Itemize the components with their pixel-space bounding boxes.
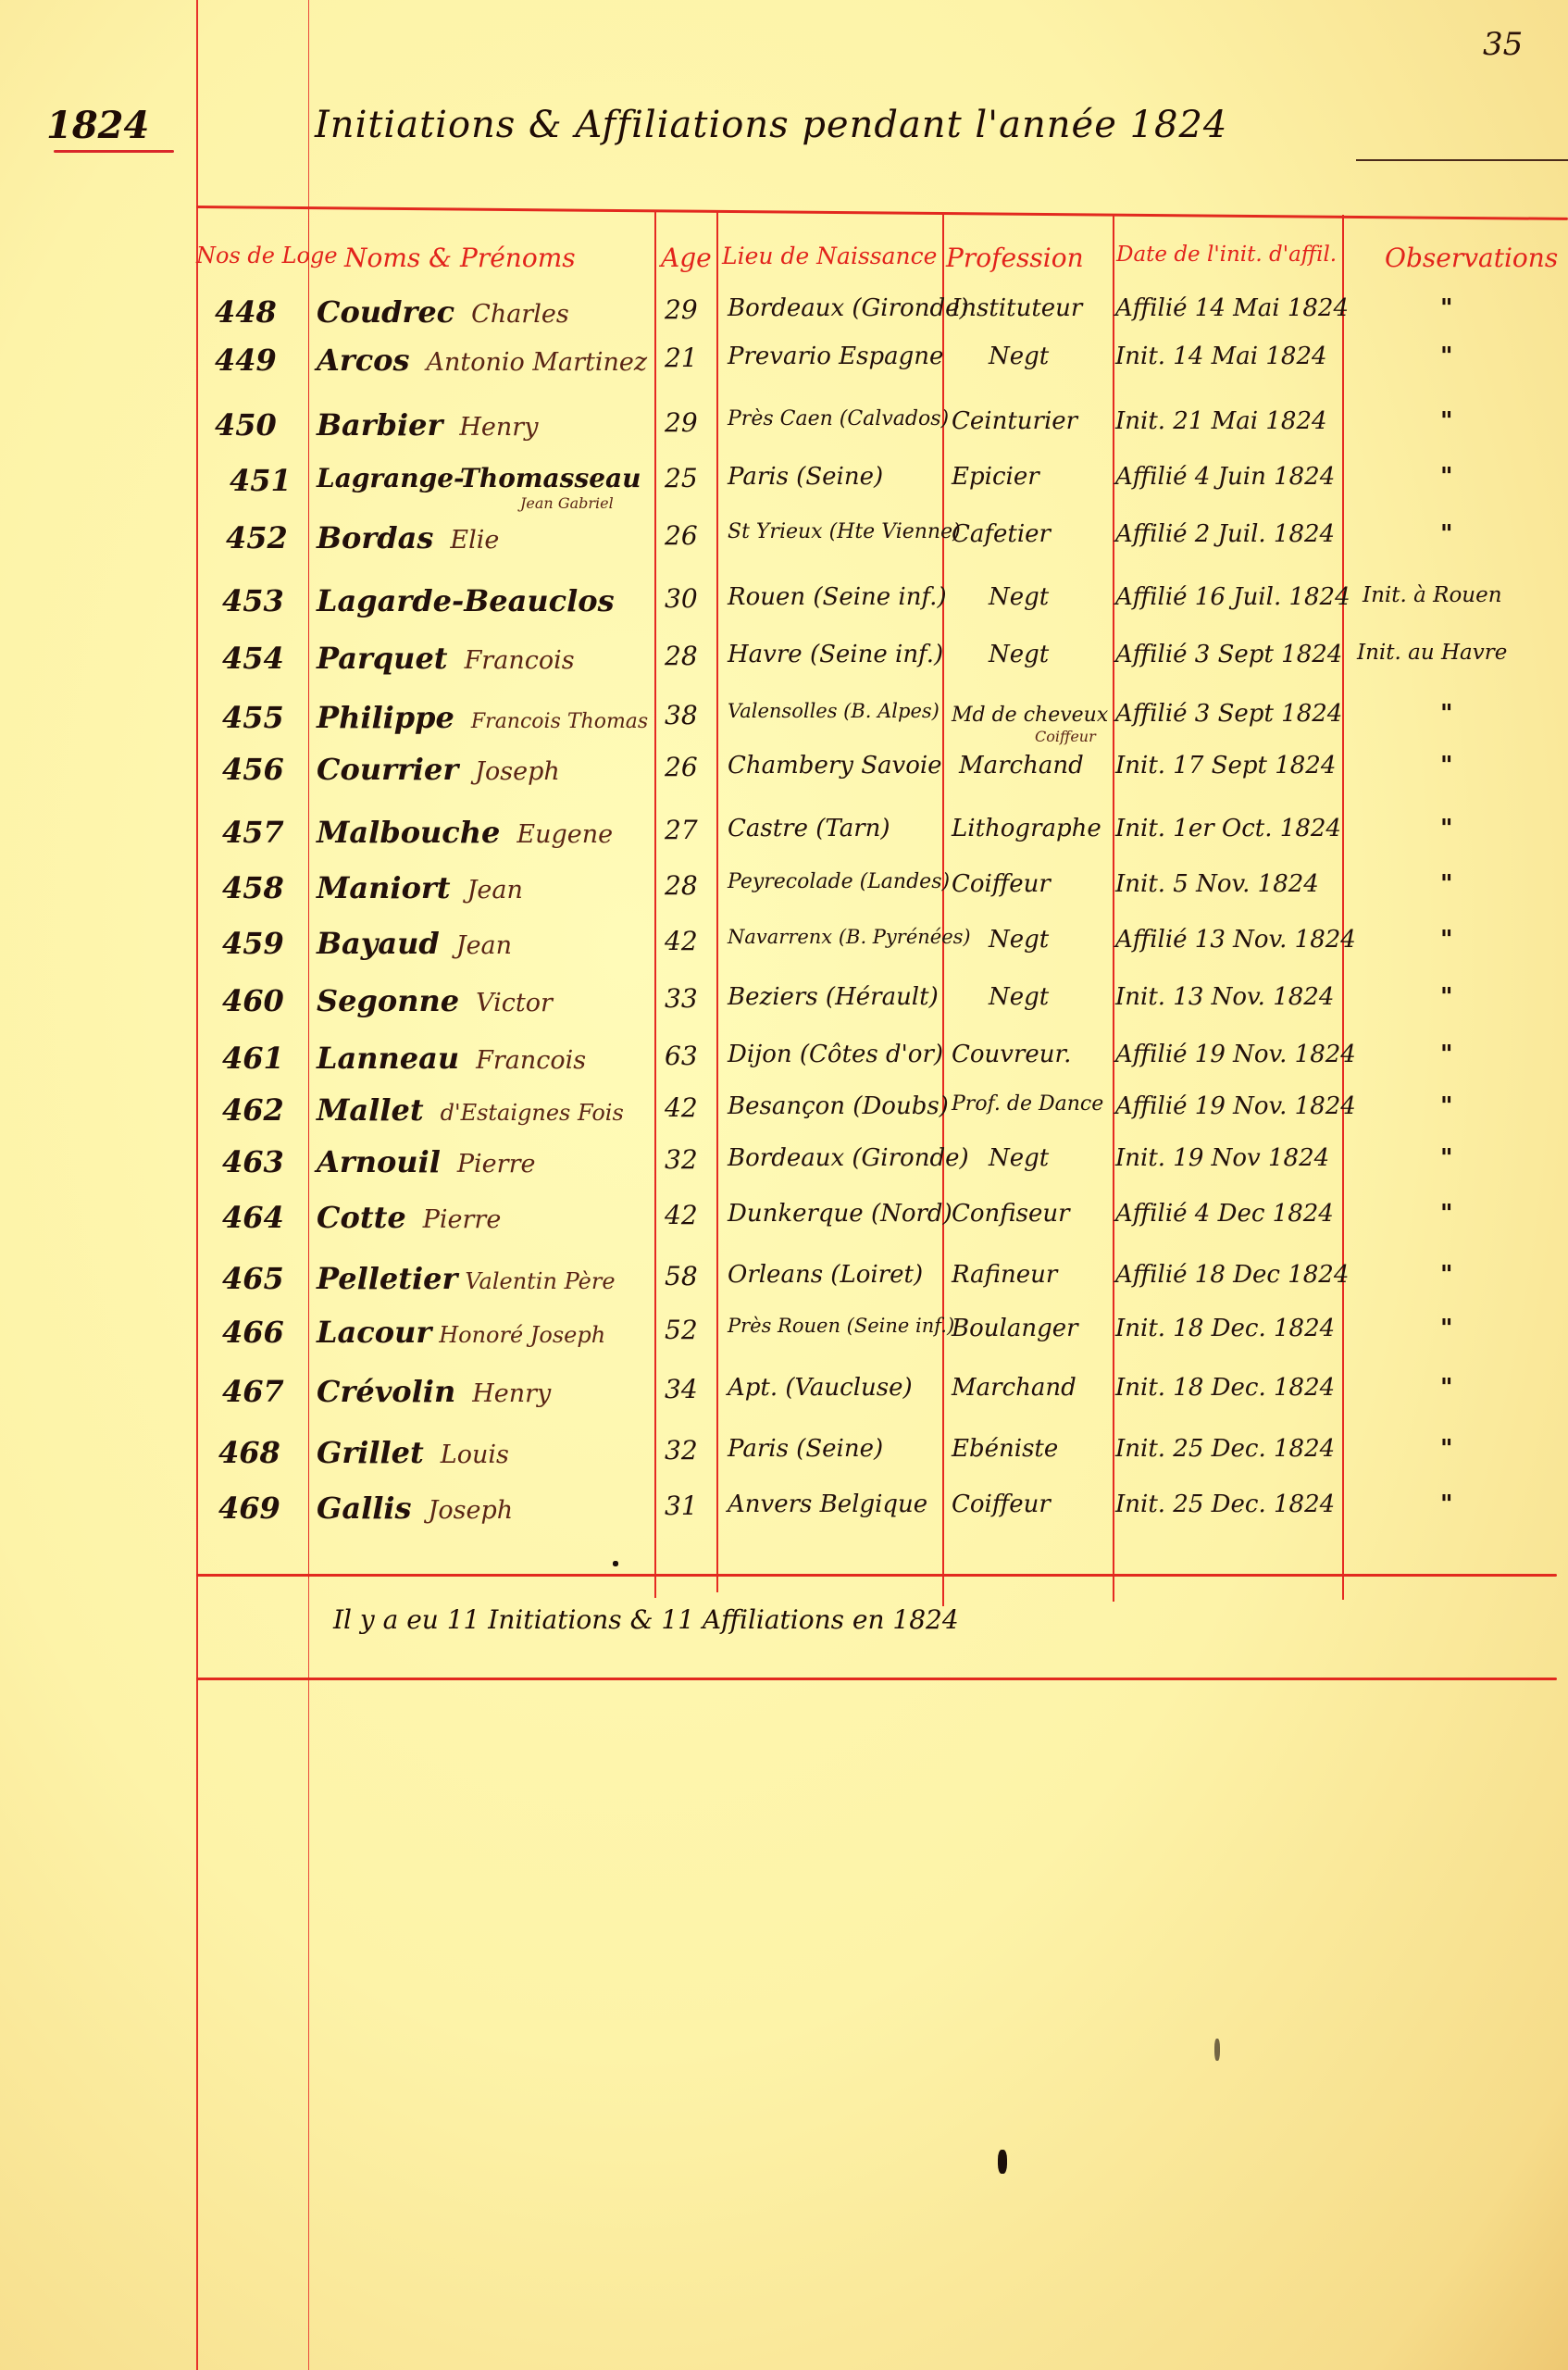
age: 21	[665, 343, 698, 373]
date: Affilié 19 Nov. 1824	[1115, 1041, 1356, 1068]
given-name: Pierre	[457, 1150, 536, 1179]
observation: "	[1440, 1435, 1453, 1463]
given-name: Francois	[465, 646, 575, 675]
table-row: 450 BarbierHenry 29 Près Caen (Calvados)…	[0, 407, 1568, 463]
member-name: LanneauFrancois	[317, 1041, 586, 1076]
header-profession: Profession	[946, 243, 1084, 273]
profession: Negt	[989, 926, 1049, 954]
surname: Mallet	[317, 1092, 424, 1128]
age: 42	[665, 1200, 698, 1230]
profession: Coiffeur	[952, 870, 1051, 898]
date: Init. 18 Dec. 1824	[1115, 1374, 1335, 1402]
profession: Couvreur.	[952, 1041, 1071, 1068]
member-name: ArcosAntonio Martinez	[317, 343, 647, 378]
lodge-number: 460	[222, 983, 284, 1018]
profession: Negt	[989, 641, 1049, 668]
table-row: 459 BayaudJean 42 Navarrenx (B. Pyrénées…	[0, 926, 1568, 981]
birthplace: Navarrenx (B. Pyrénées)	[728, 926, 971, 948]
surname: Lagrange-Thomasseau	[317, 463, 641, 493]
observation: "	[1440, 1491, 1453, 1518]
surname: Barbier	[317, 407, 442, 443]
given-name: Eugene	[516, 820, 613, 849]
table-row: 461 LanneauFrancois 63 Dijon (Côtes d'or…	[0, 1041, 1568, 1096]
observation: "	[1440, 294, 1453, 322]
surname: Bayaud	[317, 926, 440, 961]
given-name: Henry	[472, 1379, 551, 1408]
birthplace: Prevario Espagne	[728, 343, 943, 370]
profession: Md de cheveuxCoiffeur	[952, 700, 1108, 728]
birthplace: Valensolles (B. Alpes)	[728, 700, 940, 722]
age: 30	[665, 583, 698, 614]
table-row: 463 ArnouilPierre 32 Bordeaux (Gironde) …	[0, 1144, 1568, 1200]
given-name: Henry	[459, 413, 538, 442]
table-row: 468 GrilletLouis 32 Paris (Seine) Ebénis…	[0, 1435, 1568, 1491]
date: Affilié 4 Dec 1824	[1115, 1200, 1334, 1228]
observation: "	[1440, 520, 1453, 548]
member-name: Lagrange-ThomasseauJean Gabriel	[317, 463, 641, 493]
birthplace: Bordeaux (Gironde)	[728, 1144, 969, 1172]
date: Affilié 14 Mai 1824	[1115, 294, 1349, 322]
birthplace: Besançon (Doubs)	[728, 1092, 949, 1120]
age: 29	[665, 407, 698, 438]
lodge-number: 459	[222, 926, 284, 961]
profession: Marchand	[952, 1374, 1076, 1402]
age: 27	[665, 815, 698, 845]
profession: Lithographe	[952, 815, 1101, 842]
member-name: SegonneVictor	[317, 983, 553, 1018]
birthplace: Près Rouen (Seine inf.)	[728, 1315, 954, 1337]
given-name: Jean Gabriel	[520, 494, 614, 512]
lodge-number: 465	[222, 1261, 284, 1296]
given-name: Louis	[441, 1441, 509, 1469]
lodge-number: 466	[222, 1315, 284, 1350]
date: Init. 17 Sept 1824	[1115, 752, 1336, 780]
lodge-number: 451	[230, 463, 292, 498]
ink-dot	[613, 1561, 618, 1566]
birthplace: Paris (Seine)	[728, 463, 883, 491]
table-row: 462 Malletd'Estaignes Fois 42 Besançon (…	[0, 1092, 1568, 1148]
lodge-number: 452	[226, 520, 288, 555]
year-summary: Il y a eu 11 Initiations & 11 Affiliatio…	[333, 1604, 959, 1635]
surname: Gallis	[317, 1491, 412, 1526]
age: 38	[665, 700, 698, 730]
surname: Segonne	[317, 983, 459, 1018]
member-name: GrilletLouis	[317, 1435, 509, 1470]
surname: Cotte	[317, 1200, 406, 1235]
table-row: 449 ArcosAntonio Martinez 21 Prevario Es…	[0, 343, 1568, 398]
observation: "	[1440, 1374, 1453, 1402]
date: Init. 25 Dec. 1824	[1115, 1491, 1335, 1518]
lodge-number: 449	[215, 343, 277, 378]
age: 42	[665, 1092, 698, 1123]
member-name: CoudrecCharles	[317, 294, 569, 330]
lodge-number: 453	[222, 583, 284, 618]
table-row: 460 SegonneVictor 33 Beziers (Hérault) N…	[0, 983, 1568, 1039]
surname: Parquet	[317, 641, 448, 676]
table-row: 469 GallisJoseph 31 Anvers Belgique Coif…	[0, 1491, 1568, 1546]
margin-year-flourish	[54, 150, 174, 153]
table-row: 452 BordasElie 26 St Yrieux (Hte Vienne)…	[0, 520, 1568, 576]
profession: Cafetier	[952, 520, 1051, 548]
member-name: CourrierJoseph	[317, 752, 560, 787]
lodge-number: 467	[222, 1374, 284, 1409]
date: Init. 1er Oct. 1824	[1115, 815, 1341, 842]
observation: "	[1440, 700, 1453, 728]
profession: Negt	[989, 1144, 1049, 1172]
lodge-number: 464	[222, 1200, 284, 1235]
date: Init. 25 Dec. 1824	[1115, 1435, 1335, 1463]
given-name: Joseph	[475, 757, 560, 786]
date: Init. 21 Mai 1824	[1115, 407, 1327, 435]
lodge-number: 462	[222, 1092, 284, 1128]
surname: Coudrec	[317, 294, 454, 330]
table-row: 451 Lagrange-ThomasseauJean Gabriel 25 P…	[0, 463, 1568, 518]
observation: "	[1440, 1144, 1453, 1172]
table-row: 456 CourrierJoseph 26 Chambery Savoie Ma…	[0, 752, 1568, 807]
profession: Ceinturier	[952, 407, 1077, 435]
given-name: Antonio Martinez	[427, 348, 648, 377]
surname: Philippe	[317, 700, 454, 735]
age: 32	[665, 1435, 698, 1466]
birthplace: Paris (Seine)	[728, 1435, 883, 1463]
birthplace: Beziers (Hérault)	[728, 983, 939, 1011]
age: 42	[665, 926, 698, 956]
table-row: 466 LacourHonoré Joseph 52 Près Rouen (S…	[0, 1315, 1568, 1370]
surname: Arnouil	[317, 1144, 441, 1179]
member-name: LacourHonoré Joseph	[317, 1315, 605, 1350]
member-name: ArnouilPierre	[317, 1144, 535, 1179]
age: 58	[665, 1261, 698, 1291]
age: 33	[665, 983, 698, 1014]
age: 28	[665, 641, 698, 671]
surname: Maniort	[317, 870, 451, 905]
profession-sub: Coiffeur	[1035, 728, 1096, 745]
header-num: Nos de Loge	[196, 243, 338, 268]
profession: Rafineur	[952, 1261, 1057, 1289]
observation: "	[1440, 926, 1453, 954]
table-row: 465 PelletierValentin Père 58 Orleans (L…	[0, 1261, 1568, 1316]
ink-blot	[998, 2150, 1007, 2174]
member-name: PelletierValentin Père	[317, 1261, 616, 1296]
birthplace: Orleans (Loiret)	[728, 1261, 923, 1289]
given-name: Francois	[476, 1046, 586, 1075]
member-name: CrévolinHenry	[317, 1374, 551, 1409]
lodge-number: 448	[215, 294, 277, 330]
birthplace: Bordeaux (Gironde)	[728, 294, 969, 322]
profession: Epicier	[952, 463, 1039, 491]
observation: "	[1440, 1200, 1453, 1228]
observation: "	[1440, 983, 1453, 1011]
surname: Lanneau	[317, 1041, 459, 1076]
profession: Boulanger	[952, 1315, 1078, 1342]
given-name: Charles	[471, 300, 569, 329]
lodge-number: 455	[222, 700, 284, 735]
date: Affilié 18 Dec 1824	[1115, 1261, 1349, 1289]
date: Affilié 3 Sept 1824	[1115, 641, 1342, 668]
birthplace: St Yrieux (Hte Vienne)	[728, 520, 961, 543]
observation: "	[1440, 815, 1453, 842]
birthplace: Castre (Tarn)	[728, 815, 890, 842]
birthplace: Chambery Savoie	[728, 752, 942, 780]
profession: Marchand	[959, 752, 1084, 780]
summary-bottom-rule	[196, 1678, 1557, 1680]
lodge-number: 461	[222, 1041, 284, 1076]
observation: "	[1440, 1315, 1453, 1342]
date: Init. 5 Nov. 1824	[1115, 870, 1319, 898]
date: Affilié 2 Juil. 1824	[1115, 520, 1335, 548]
birthplace: Dunkerque (Nord)	[728, 1200, 952, 1228]
member-name: CottePierre	[317, 1200, 501, 1235]
date: Init. 18 Dec. 1824	[1115, 1315, 1335, 1342]
title-flourish	[1356, 159, 1568, 161]
date: Init. 19 Nov 1824	[1115, 1144, 1329, 1172]
date: Init. 13 Nov. 1824	[1115, 983, 1334, 1011]
surname: Bordas	[317, 520, 433, 555]
surname: Lacour	[317, 1315, 431, 1350]
observation: "	[1440, 870, 1453, 898]
table-row: 448 CoudrecCharles 29 Bordeaux (Gironde)…	[0, 294, 1568, 350]
surname: Crévolin	[317, 1374, 455, 1409]
member-name: MalboucheEugene	[317, 815, 613, 850]
age: 34	[665, 1374, 698, 1404]
observation: "	[1440, 1092, 1453, 1120]
surname: Pelletier	[317, 1261, 457, 1296]
surname: Grillet	[317, 1435, 424, 1470]
member-name: GallisJoseph	[317, 1491, 513, 1526]
header-observations: Observations	[1385, 243, 1558, 273]
lodge-number: 457	[222, 815, 284, 850]
table-row: 464 CottePierre 42 Dunkerque (Nord) Conf…	[0, 1200, 1568, 1255]
observation: "	[1440, 463, 1453, 491]
profession: Negt	[989, 983, 1049, 1011]
age: 32	[665, 1144, 698, 1175]
profession: Prof. de Dance	[952, 1092, 1103, 1116]
given-name: Honoré Joseph	[439, 1322, 605, 1348]
age: 26	[665, 752, 698, 782]
observation: Init. à Rouen	[1363, 583, 1502, 607]
observation: "	[1440, 407, 1453, 435]
age: 63	[665, 1041, 698, 1071]
table-row: 467 CrévolinHenry 34 Apt. (Vaucluse) Mar…	[0, 1374, 1568, 1429]
lodge-number: 468	[218, 1435, 280, 1470]
ink-speck	[1214, 2039, 1220, 2061]
table-bottom-rule	[196, 1574, 1557, 1577]
member-name: Lagarde-Beauclos	[317, 583, 615, 618]
age: 52	[665, 1315, 698, 1345]
table-row: 454 ParquetFrancois 28 Havre (Seine inf.…	[0, 641, 1568, 696]
header-date: Date de l'init. d'affil.	[1116, 243, 1337, 267]
lodge-number: 458	[222, 870, 284, 905]
birthplace: Apt. (Vaucluse)	[728, 1374, 913, 1402]
given-name: Valentin Père	[465, 1268, 615, 1294]
birthplace: Dijon (Côtes d'or)	[728, 1041, 943, 1068]
surname: Malbouche	[317, 815, 500, 850]
profession: Ebéniste	[952, 1435, 1058, 1463]
date: Affilié 13 Nov. 1824	[1115, 926, 1356, 954]
profession: Negt	[989, 343, 1049, 370]
table-row: 453 Lagarde-Beauclos 30 Rouen (Seine inf…	[0, 583, 1568, 639]
given-name: Elie	[450, 526, 499, 555]
given-name: Pierre	[423, 1205, 502, 1234]
header-name: Noms & Prénoms	[344, 243, 576, 273]
surname: Lagarde-Beauclos	[317, 583, 615, 618]
age: 25	[665, 463, 698, 493]
age: 31	[665, 1491, 698, 1521]
birthplace: Près Caen (Calvados)	[728, 407, 949, 430]
date: Affilié 16 Juil. 1824	[1115, 583, 1350, 611]
lodge-number: 454	[222, 641, 284, 676]
profession-main: Md de cheveux	[952, 704, 1108, 727]
surname: Arcos	[317, 343, 410, 378]
member-name: BayaudJean	[317, 926, 512, 961]
age: 28	[665, 870, 698, 901]
table-row: 458 ManiortJean 28 Peyrecolade (Landes) …	[0, 870, 1568, 926]
birthplace: Peyrecolade (Landes)	[728, 870, 950, 893]
observation: Init. au Havre	[1357, 641, 1507, 665]
age: 29	[665, 294, 698, 325]
table-row: 457 MalboucheEugene 27 Castre (Tarn) Lit…	[0, 815, 1568, 870]
lodge-number: 450	[215, 407, 277, 443]
header-age: Age	[661, 243, 712, 273]
member-name: BarbierHenry	[317, 407, 538, 443]
header-place: Lieu de Naissance	[722, 243, 937, 269]
date: Affilié 3 Sept 1824	[1115, 700, 1342, 728]
margin-year: 1824	[46, 104, 149, 147]
birthplace: Anvers Belgique	[728, 1491, 927, 1518]
observation: "	[1440, 1041, 1453, 1068]
table-row: 455 PhilippeFrancois Thomas 38 Valensoll…	[0, 700, 1568, 755]
observation: "	[1440, 343, 1453, 370]
observation: "	[1440, 752, 1453, 780]
member-name: ParquetFrancois	[317, 641, 575, 676]
member-name: PhilippeFrancois Thomas	[317, 700, 648, 735]
date: Init. 14 Mai 1824	[1115, 343, 1327, 370]
table-top-rule	[196, 206, 1568, 220]
profession: Coiffeur	[952, 1491, 1051, 1518]
member-name: Malletd'Estaignes Fois	[317, 1092, 624, 1128]
lodge-number: 469	[218, 1491, 280, 1526]
given-name: Jean	[456, 931, 512, 960]
given-name: Jean	[467, 876, 523, 904]
profession: Negt	[989, 583, 1049, 611]
profession: Confiseur	[952, 1200, 1070, 1228]
surname: Courrier	[317, 752, 458, 787]
birthplace: Rouen (Seine inf.)	[728, 583, 947, 611]
page-number: 35	[1483, 26, 1523, 63]
birthplace: Havre (Seine inf.)	[728, 641, 943, 668]
profession: Instituteur	[952, 294, 1082, 322]
age: 26	[665, 520, 698, 551]
given-name: Francois Thomas	[471, 710, 648, 733]
lodge-number: 463	[222, 1144, 284, 1179]
member-name: ManiortJean	[317, 870, 523, 905]
member-name: BordasElie	[317, 520, 499, 555]
page-title: Initiations & Affiliations pendant l'ann…	[315, 104, 1227, 146]
given-name: Joseph	[429, 1496, 514, 1525]
given-name: Victor	[476, 989, 553, 1017]
date: Affilié 4 Juin 1824	[1115, 463, 1335, 491]
given-name: d'Estaignes Fois	[441, 1100, 624, 1126]
date: Affilié 19 Nov. 1824	[1115, 1092, 1356, 1120]
observation: "	[1440, 1261, 1453, 1289]
lodge-number: 456	[222, 752, 284, 787]
